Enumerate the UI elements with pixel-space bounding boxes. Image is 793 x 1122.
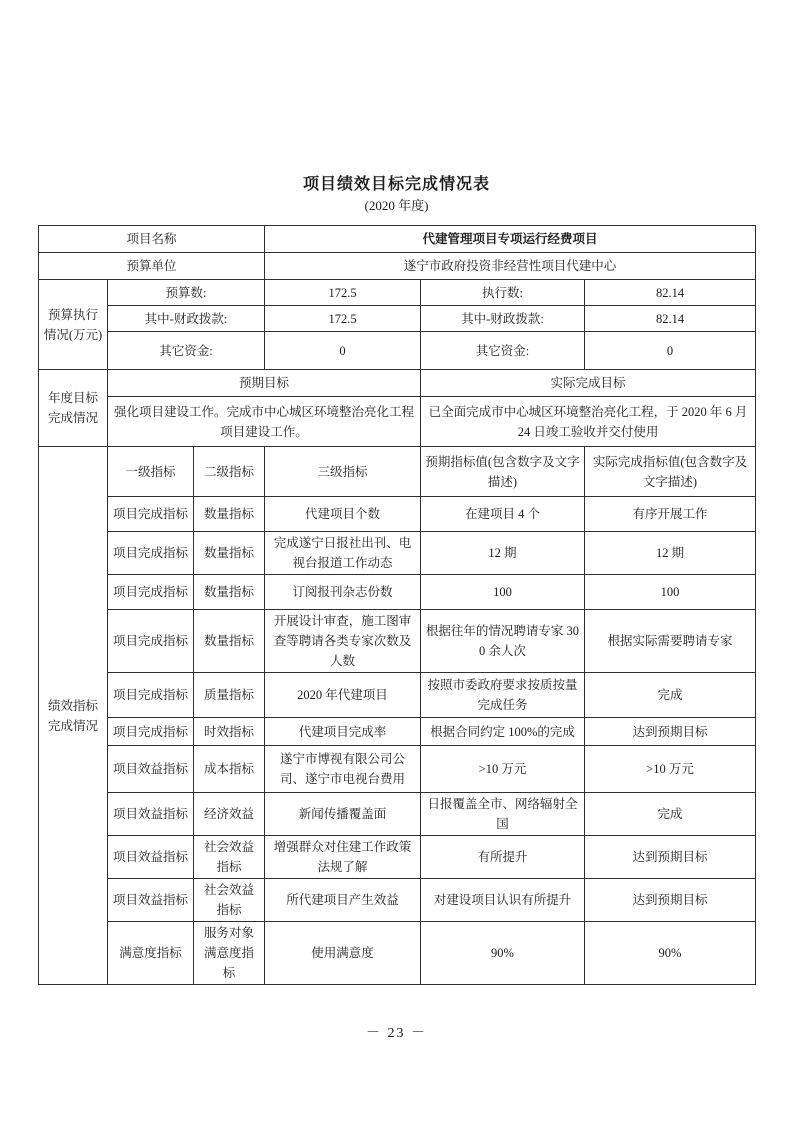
page-title: 项目绩效目标完成情况表 xyxy=(0,171,793,194)
perf-cell: 代建项目完成率 xyxy=(265,718,421,746)
perf-header-level1: 一级指标 xyxy=(108,447,194,497)
expected-goal-header: 预期目标 xyxy=(108,370,421,397)
perf-cell: 根据合同约定 100%的完成 xyxy=(421,718,585,746)
perf-cell: 有序开展工作 xyxy=(585,497,756,532)
expected-goal-text: 强化项目建设工作。完成市中心城区环境整治亮化工程项目建设工作。 xyxy=(108,397,421,447)
table-row: 预算单位 遂宁市政府投资非经营性项目代建中心 xyxy=(39,253,756,280)
perf-cell: 项目完成指标 xyxy=(108,532,194,575)
table-row: 强化项目建设工作。完成市中心城区环境整治亮化工程项目建设工作。 已全面完成市中心… xyxy=(39,397,756,447)
perf-cell: 项目效益指标 xyxy=(108,879,194,922)
table-row: 项目效益指标 经济效益 新闻传播覆盖面 日报覆盖全市、网络辐射全国 完成 xyxy=(39,793,756,836)
perf-cell: >10 万元 xyxy=(421,746,585,793)
table-row: 项目效益指标 社会效益指标 所代建项目产生效益 对建设项目认识有所提升 达到预期… xyxy=(39,879,756,922)
perf-cell: 项目完成指标 xyxy=(108,673,194,718)
perf-cell: 项目完成指标 xyxy=(108,718,194,746)
table-row: 满意度指标 服务对象满意度指标 使用满意度 90% 90% xyxy=(39,922,756,985)
table-row: 项目效益指标 社会效益指标 增强群众对住建工作政策法规了解 有所提升 达到预期目… xyxy=(39,836,756,879)
perf-cell: 数量指标 xyxy=(194,532,265,575)
perf-cell: 时效指标 xyxy=(194,718,265,746)
perf-cell: 有所提升 xyxy=(421,836,585,879)
budget-label: 其它资金: xyxy=(421,332,585,370)
table-row: 项目效益指标 成本指标 遂宁市博视有限公司公司、遂宁市电视台费用 >10 万元 … xyxy=(39,746,756,793)
perf-cell: 项目完成指标 xyxy=(108,497,194,532)
table-row: 其中-财政拨款: 172.5 其中-财政拨款: 82.14 xyxy=(39,306,756,332)
table-row: 项目完成指标 数量指标 订阅报刊杂志份数 100 100 xyxy=(39,575,756,610)
perf-cell: 所代建项目产生效益 xyxy=(265,879,421,922)
perf-cell: 90% xyxy=(421,922,585,985)
perf-cell: 达到预期目标 xyxy=(585,879,756,922)
table-row: 项目完成指标 数量指标 开展设计审查，施工图审查等聘请各类专家次数及人数 根据往… xyxy=(39,610,756,673)
perf-cell: 根据往年的情况聘请专家 300 余人次 xyxy=(421,610,585,673)
perf-cell: 使用满意度 xyxy=(265,922,421,985)
perf-cell: 达到预期目标 xyxy=(585,836,756,879)
perf-cell: 2020 年代建项目 xyxy=(265,673,421,718)
perf-cell: 项目效益指标 xyxy=(108,836,194,879)
perf-header-actual: 实际完成指标值(包含数字及文字描述) xyxy=(585,447,756,497)
perf-cell: 在建项目 4 个 xyxy=(421,497,585,532)
perf-cell: 12 期 xyxy=(585,532,756,575)
budget-value: 0 xyxy=(265,332,421,370)
perf-cell: 100 xyxy=(421,575,585,610)
perf-cell: 社会效益指标 xyxy=(194,879,265,922)
perf-cell: 项目效益指标 xyxy=(108,746,194,793)
table-row: 项目名称 代建管理项目专项运行经费项目 xyxy=(39,226,756,253)
table-row: 项目完成指标 质量指标 2020 年代建项目 按照市委政府要求按质按量完成任务 … xyxy=(39,673,756,718)
budget-label: 其中-财政拨款: xyxy=(421,306,585,332)
perf-cell: 按照市委政府要求按质按量完成任务 xyxy=(421,673,585,718)
perf-cell: 根据实际需要聘请专家 xyxy=(585,610,756,673)
perf-cell: 质量指标 xyxy=(194,673,265,718)
perf-header-level3: 三级指标 xyxy=(265,447,421,497)
budget-value: 0 xyxy=(585,332,756,370)
perf-cell: 社会效益指标 xyxy=(194,836,265,879)
perf-header-expected: 预期指标值(包含数字及文字描述) xyxy=(421,447,585,497)
perf-cell: 订阅报刊杂志份数 xyxy=(265,575,421,610)
perf-cell: 完成遂宁日报社出刊、电视台报道工作动态 xyxy=(265,532,421,575)
actual-goal-header: 实际完成目标 xyxy=(421,370,756,397)
perf-cell: 12 期 xyxy=(421,532,585,575)
perf-cell: 成本指标 xyxy=(194,746,265,793)
document-page: 项目绩效目标完成情况表 (2020 年度) 项目名称 代建管理项目专项运行经费项… xyxy=(0,0,793,1122)
table-row: 绩效指标完成情况 一级指标 二级指标 三级指标 预期指标值(包含数字及文字描述)… xyxy=(39,447,756,497)
budget-unit-label: 预算单位 xyxy=(39,253,265,280)
perf-cell: 项目效益指标 xyxy=(108,793,194,836)
budget-label: 执行数: xyxy=(421,280,585,306)
project-name-value: 代建管理项目专项运行经费项目 xyxy=(265,226,756,253)
perf-cell: 数量指标 xyxy=(194,610,265,673)
perf-cell: 代建项目个数 xyxy=(265,497,421,532)
page-subtitle: (2020 年度) xyxy=(0,195,793,214)
performance-report-table: 项目名称 代建管理项目专项运行经费项目 预算单位 遂宁市政府投资非经营性项目代建… xyxy=(38,225,756,985)
perf-cell: 项目完成指标 xyxy=(108,575,194,610)
budget-value: 172.5 xyxy=(265,280,421,306)
perf-cell: 数量指标 xyxy=(194,575,265,610)
budget-value: 82.14 xyxy=(585,280,756,306)
perf-cell: 数量指标 xyxy=(194,497,265,532)
perf-cell: 满意度指标 xyxy=(108,922,194,985)
perf-cell: 90% xyxy=(585,922,756,985)
perf-cell: 增强群众对住建工作政策法规了解 xyxy=(265,836,421,879)
perf-cell: >10 万元 xyxy=(585,746,756,793)
budget-unit-value: 遂宁市政府投资非经营性项目代建中心 xyxy=(265,253,756,280)
budget-value: 82.14 xyxy=(585,306,756,332)
perf-cell: 经济效益 xyxy=(194,793,265,836)
perf-cell: 项目完成指标 xyxy=(108,610,194,673)
perf-cell: 100 xyxy=(585,575,756,610)
perf-cell: 遂宁市博视有限公司公司、遂宁市电视台费用 xyxy=(265,746,421,793)
project-name-label: 项目名称 xyxy=(39,226,265,253)
table-row: 年度目标完成情况 预期目标 实际完成目标 xyxy=(39,370,756,397)
perf-cell: 对建设项目认识有所提升 xyxy=(421,879,585,922)
perf-cell: 服务对象满意度指标 xyxy=(194,922,265,985)
table-row: 项目完成指标 数量指标 完成遂宁日报社出刊、电视台报道工作动态 12 期 12 … xyxy=(39,532,756,575)
budget-exec-section-label: 预算执行情况(万元) xyxy=(39,280,108,370)
perf-cell: 完成 xyxy=(585,793,756,836)
budget-label: 其它资金: xyxy=(108,332,265,370)
perf-section-label: 绩效指标完成情况 xyxy=(39,447,108,985)
page-number: － 23 － xyxy=(0,1022,793,1042)
annual-goal-section-label: 年度目标完成情况 xyxy=(39,370,108,447)
perf-cell: 新闻传播覆盖面 xyxy=(265,793,421,836)
perf-header-level2: 二级指标 xyxy=(194,447,265,497)
perf-cell: 达到预期目标 xyxy=(585,718,756,746)
budget-label: 其中-财政拨款: xyxy=(108,306,265,332)
table-row: 项目完成指标 时效指标 代建项目完成率 根据合同约定 100%的完成 达到预期目… xyxy=(39,718,756,746)
table-row: 项目完成指标 数量指标 代建项目个数 在建项目 4 个 有序开展工作 xyxy=(39,497,756,532)
perf-cell: 日报覆盖全市、网络辐射全国 xyxy=(421,793,585,836)
table-row: 预算执行情况(万元) 预算数: 172.5 执行数: 82.14 xyxy=(39,280,756,306)
actual-goal-text: 已全面完成市中心城区环境整治亮化工程，于 2020 年 6 月 24 日竣工验收… xyxy=(421,397,756,447)
table-row: 其它资金: 0 其它资金: 0 xyxy=(39,332,756,370)
perf-cell: 完成 xyxy=(585,673,756,718)
budget-value: 172.5 xyxy=(265,306,421,332)
perf-cell: 开展设计审查，施工图审查等聘请各类专家次数及人数 xyxy=(265,610,421,673)
budget-label: 预算数: xyxy=(108,280,265,306)
